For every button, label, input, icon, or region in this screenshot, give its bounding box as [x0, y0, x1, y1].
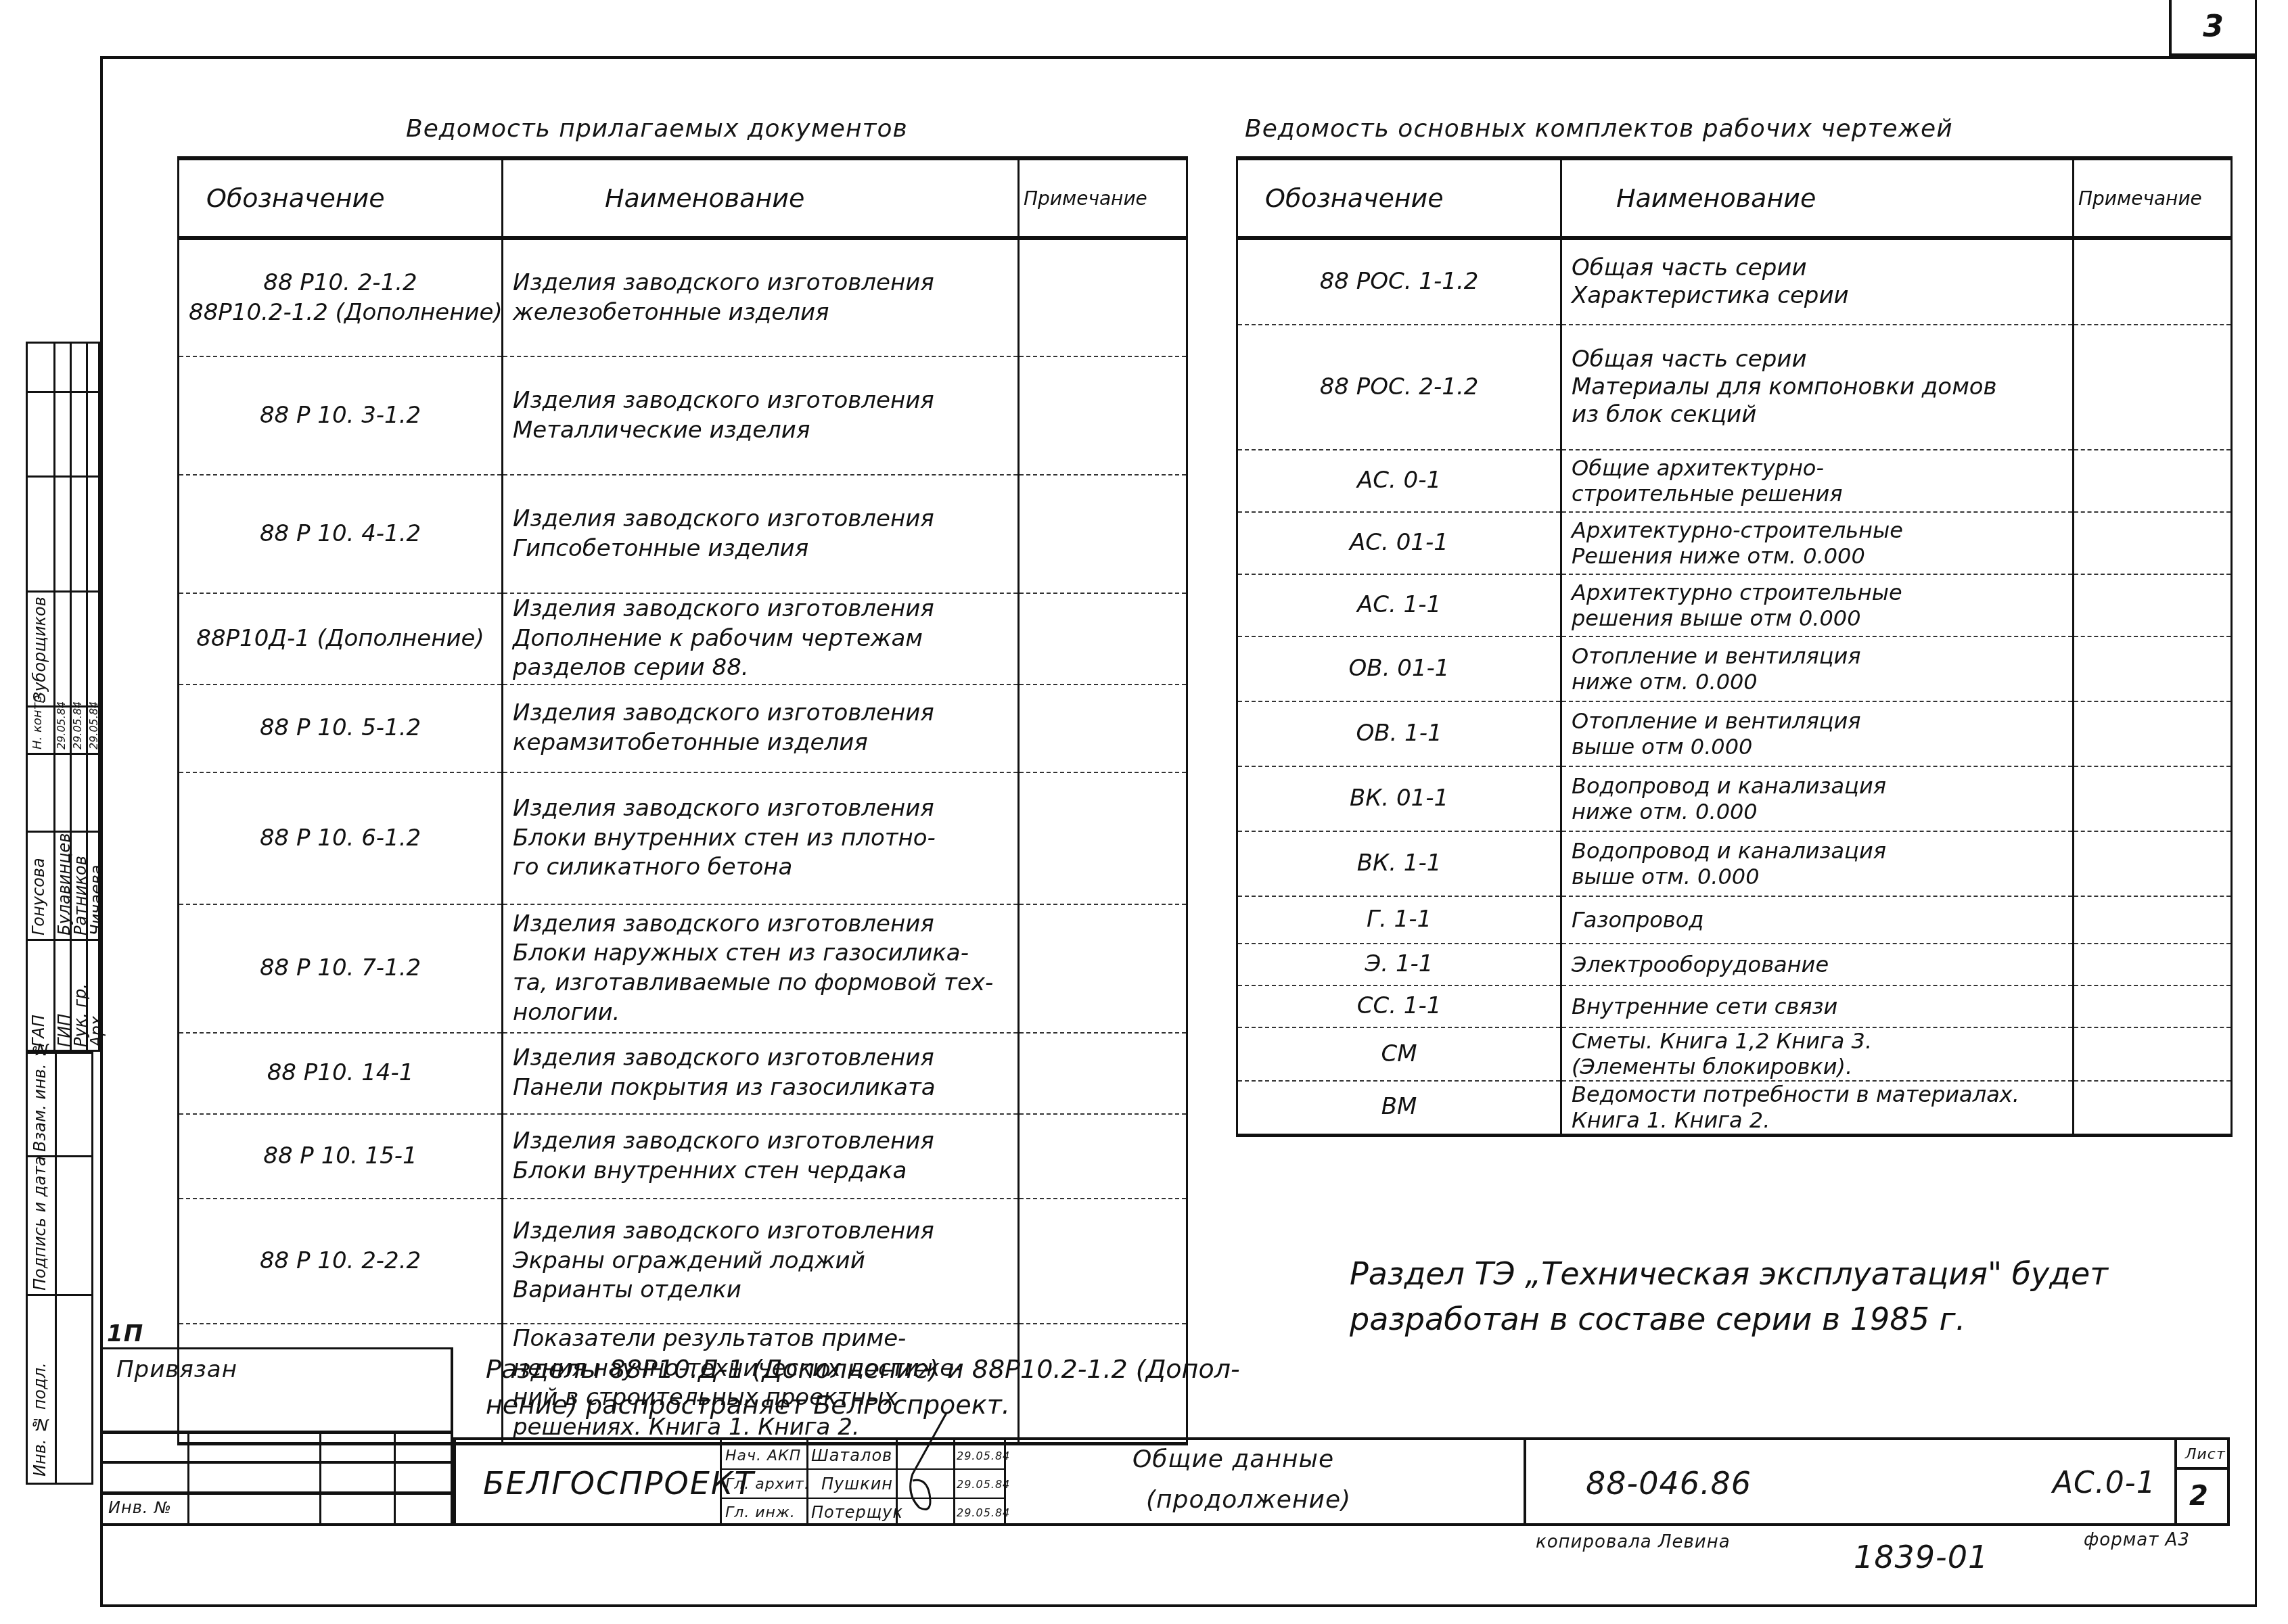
doc-title-line1: Общие данные	[1132, 1445, 1334, 1473]
signer-date: 29.05.84	[957, 1500, 1010, 1525]
note-cell	[2074, 325, 2232, 450]
signer-date: 29.05.84	[957, 1443, 1010, 1468]
signer-date: 29.05.84	[957, 1471, 1010, 1497]
note-cell	[2074, 1081, 2232, 1135]
col-header-designation: Обозначение	[1237, 158, 1561, 238]
note-cell	[1019, 1033, 1187, 1114]
designation-cell: 88 Р10. 2-1.288Р10.2-1.2 (Дополнение)	[179, 238, 503, 356]
name-cell: Водопровод и канализацияниже отм. 0.000	[1561, 766, 2074, 831]
col-header-designation: Обозначение	[179, 158, 503, 238]
designation-cell: 88 РОС. 1-1.2	[1237, 238, 1561, 325]
table-row: 88 Р10. 14-1Изделия заводского изготовле…	[179, 1033, 1187, 1114]
main-drawing-sets-table: Обозначение Наименование Примечание 88 Р…	[1236, 156, 2233, 1137]
designation-cell: 88 РОС. 2-1.2	[1237, 325, 1561, 450]
note-cell	[1019, 475, 1187, 593]
signer-name: Пушкин	[821, 1471, 893, 1497]
col-header-note: Примечание	[1019, 158, 1187, 238]
note-cell	[1019, 904, 1187, 1033]
name-cell: Изделия заводского изготовленияЭкраны ог…	[503, 1199, 1019, 1324]
note-cell	[1019, 593, 1187, 685]
left-inventory-strip: Взам. инв. № Подпись и дата Инв. № подл.	[26, 1052, 93, 1485]
designation-cell: 88 Р 10. 4-1.2	[179, 475, 503, 593]
organization-name: БЕЛГОСПРОЕКТ	[483, 1440, 755, 1526]
note-cell	[1019, 238, 1187, 356]
note-cell	[2074, 896, 2232, 944]
copied-by: копировала Левина	[1536, 1532, 1731, 1552]
name-cell: Изделия заводского изготовлениякерамзито…	[503, 685, 1019, 772]
table-row: 88 Р10. 2-1.288Р10.2-1.2 (Дополнение)Изд…	[179, 238, 1187, 356]
name-cell: Изделия заводского изготовленияГипсобето…	[503, 475, 1019, 593]
designation-cell: АС. 01-1	[1237, 512, 1561, 574]
table-row: СМСметы. Книга 1,2 Книга 3.(Элементы бло…	[1237, 1027, 2232, 1081]
note-cell	[2074, 701, 2232, 766]
designation-cell: 88 Р 10. 2-2.2	[179, 1199, 503, 1324]
designation-cell: 88 Р 10. 7-1.2	[179, 904, 503, 1033]
table-row: 88Р10Д-1 (Дополнение)Изделия заводского …	[179, 593, 1187, 685]
designation-cell: 88 Р 10. 6-1.2	[179, 772, 503, 904]
attached-documents-table: Обозначение Наименование Примечание 88 Р…	[177, 156, 1188, 1445]
table-row: 88 РОС. 2-1.2Общая часть серииМатериалы …	[1237, 325, 2232, 450]
designation-cell: ОВ. 01-1	[1237, 636, 1561, 701]
te-section-note: Раздел ТЭ „Техническая эксплуатация" буд…	[1350, 1251, 2108, 1341]
table-row: СС. 1-1Внутренние сети связи	[1237, 985, 2232, 1027]
designation-cell: Г. 1-1	[1237, 896, 1561, 944]
table-row: АС. 1-1Архитектурно строительныерешения …	[1237, 574, 2232, 636]
table-row: 88 Р 10. 2-2.2Изделия заводского изготов…	[179, 1199, 1187, 1324]
designation-cell: СС. 1-1	[1237, 985, 1561, 1027]
label-inv-podl: Инв. № подл.	[30, 1301, 49, 1477]
stamp-label-zuborshchikov: Зуборщиков	[30, 594, 49, 702]
name-cell: Электрооборудование	[1561, 944, 2074, 985]
name-cell: Изделия заводского изготовленияПанели по…	[503, 1033, 1019, 1114]
name-cell: Ведомости потребности в материалах.Книга…	[1561, 1081, 2074, 1135]
table-row: АС. 0-1Общие архитектурно-строительные р…	[1237, 450, 2232, 512]
name-cell: Общая часть серииХарактеристика серии	[1561, 238, 2074, 325]
note-cell	[2074, 512, 2232, 574]
mark-1p: 1П	[107, 1320, 143, 1347]
name-cell: Водопровод и канализациявыше отм. 0.000	[1561, 831, 2074, 896]
note-cell	[1019, 356, 1187, 475]
distribution-note: Разделы 88Р10.Д-1 (Дополнение) и 88Р10.2…	[486, 1351, 1240, 1423]
note-cell	[1019, 685, 1187, 772]
privyazan-label: Привязан	[116, 1356, 237, 1383]
note-cell	[2074, 766, 2232, 831]
title-block: БЕЛГОСПРОЕКТ Нач. АКП Шаталов 29.05.84 Г…	[453, 1437, 2230, 1526]
table-row: 88 Р 10. 5-1.2Изделия заводского изготов…	[179, 685, 1187, 772]
designation-cell: 88 Р 10. 3-1.2	[179, 356, 503, 475]
table-row: 88 Р 10. 3-1.2Изделия заводского изготов…	[179, 356, 1187, 475]
note-cell	[2074, 238, 2232, 325]
label-podpis-data: Подпись и дата	[30, 1162, 49, 1291]
name-cell: Изделия заводского изготовленияМеталличе…	[503, 356, 1019, 475]
note-cell	[2074, 636, 2232, 701]
left-table-title: Ведомость прилагаемых документов	[406, 115, 908, 143]
sheet-number: 2	[2189, 1472, 2208, 1520]
table-row: 88 Р 10. 4-1.2Изделия заводского изготов…	[179, 475, 1187, 593]
designation-cell: 88 Р10. 14-1	[179, 1033, 503, 1114]
table-row: 88 РОС. 1-1.2Общая часть серииХарактерис…	[1237, 238, 2232, 325]
note-cell	[2074, 450, 2232, 512]
table-row: ОВ. 1-1Отопление и вентиляциявыше отм 0.…	[1237, 701, 2232, 766]
name-cell: Газопровод	[1561, 896, 2074, 944]
name-cell: Изделия заводского изготовленияжелезобет…	[503, 238, 1019, 356]
signature-mark	[899, 1413, 953, 1528]
table-row: ВМВедомости потребности в материалах.Кни…	[1237, 1081, 2232, 1135]
designation-cell: АС. 1-1	[1237, 574, 1561, 636]
inv-no-label: Инв. №	[108, 1498, 172, 1517]
archive-number: 1839-01	[1854, 1539, 1988, 1575]
table-row: 88 Р 10. 15-1Изделия заводского изготовл…	[179, 1114, 1187, 1199]
note-cell	[1019, 772, 1187, 904]
designation-cell: АС. 0-1	[1237, 450, 1561, 512]
signer-name: Потерщук	[811, 1500, 903, 1525]
note-cell	[1019, 1114, 1187, 1199]
stamp-date: 29.05.84	[71, 709, 84, 749]
note-cell	[1019, 1199, 1187, 1324]
signer-name: Шаталов	[811, 1443, 892, 1468]
label-vzam-inv: Взам. инв. №	[30, 1061, 49, 1152]
stamp-date: 29.05.84	[87, 709, 100, 749]
designation-cell: 88 Р 10. 15-1	[179, 1114, 503, 1199]
name-cell: Отопление и вентиляциявыше отм 0.000	[1561, 701, 2074, 766]
table-row: 88 Р 10. 7-1.2Изделия заводского изготов…	[179, 904, 1187, 1033]
name-cell: Изделия заводского изготовленияБлоки вну…	[503, 772, 1019, 904]
note-cell	[2074, 1027, 2232, 1081]
name-cell: Архитектурно строительныерешения выше от…	[1561, 574, 2074, 636]
stamp-date: 29.05.84	[55, 709, 68, 749]
designation-cell: 88Р10Д-1 (Дополнение)	[179, 593, 503, 685]
name-cell: Общая часть серииМатериалы для компоновк…	[1561, 325, 2074, 450]
table-row: Г. 1-1Газопровод	[1237, 896, 2232, 944]
designation-cell: ВМ	[1237, 1081, 1561, 1135]
table-row: ОВ. 01-1Отопление и вентиляцияниже отм. …	[1237, 636, 2232, 701]
sheet-corner-number: 3	[2169, 0, 2257, 56]
name-cell: Отопление и вентиляцияниже отм. 0.000	[1561, 636, 2074, 701]
designation-cell: ВК. 1-1	[1237, 831, 1561, 896]
col-header-name: Наименование	[503, 158, 1019, 238]
right-table-title: Ведомость основных комплектов рабочих че…	[1245, 115, 1953, 143]
designation-cell: ВК. 01-1	[1237, 766, 1561, 831]
paper-format: формат А3	[2084, 1530, 2190, 1550]
note-cell	[2074, 831, 2232, 896]
note-cell	[2074, 985, 2232, 1027]
signer-role: Гл. инж.	[725, 1500, 796, 1525]
left-approval-stamp: Зуборщиков Н. контр. ГАП ГИП Рук. гр. Ар…	[26, 342, 100, 1052]
designation-cell: ОВ. 1-1	[1237, 701, 1561, 766]
signer-role: Гл. архит.	[725, 1471, 810, 1497]
sheet-label: Лист	[2185, 1441, 2226, 1467]
designation-cell: Э. 1-1	[1237, 944, 1561, 985]
table-row: ВК. 01-1Водопровод и канализацияниже отм…	[1237, 766, 2232, 831]
privyazan-block: Привязан Инв. №	[100, 1347, 453, 1526]
table-row: Э. 1-1Электрооборудование	[1237, 944, 2232, 985]
name-cell: Общие архитектурно-строительные решения	[1561, 450, 2074, 512]
name-cell: Изделия заводского изготовленияДополнени…	[503, 593, 1019, 685]
note-cell	[2074, 944, 2232, 985]
name-cell: Архитектурно-строительныеРешения ниже от…	[1561, 512, 2074, 574]
name-cell: Изделия заводского изготовленияБлоки нар…	[503, 904, 1019, 1033]
name-cell: Внутренние сети связи	[1561, 985, 2074, 1027]
stamp-name-gonusova: Гонусова	[29, 834, 48, 935]
stamp-role-arkh: Арх.	[87, 946, 106, 1047]
stamp-role-gap: ГАП	[29, 946, 48, 1047]
designation-cell: 88 Р 10. 5-1.2	[179, 685, 503, 772]
col-header-note: Примечание	[2074, 158, 2232, 238]
sheet-mark: АС.0-1	[2053, 1440, 2156, 1526]
table-row: АС. 01-1Архитектурно-строительныеРешения…	[1237, 512, 2232, 574]
name-cell: Сметы. Книга 1,2 Книга 3.(Элементы блоки…	[1561, 1027, 2074, 1081]
col-header-name: Наименование	[1561, 158, 2074, 238]
note-cell	[2074, 574, 2232, 636]
designation-cell: СМ	[1237, 1027, 1561, 1081]
series-code: 88-046.86	[1586, 1440, 1752, 1526]
table-row: 88 Р 10. 6-1.2Изделия заводского изготов…	[179, 772, 1187, 904]
stamp-label-n-kontr: Н. контр.	[30, 709, 45, 749]
signer-role: Нач. АКП	[725, 1443, 801, 1468]
name-cell: Изделия заводского изготовленияБлоки вну…	[503, 1114, 1019, 1199]
table-row: ВК. 1-1Водопровод и канализациявыше отм.…	[1237, 831, 2232, 896]
doc-title-line2: (продолжение)	[1146, 1486, 1351, 1514]
stamp-name-chichaeva: Чичаева	[87, 834, 106, 935]
